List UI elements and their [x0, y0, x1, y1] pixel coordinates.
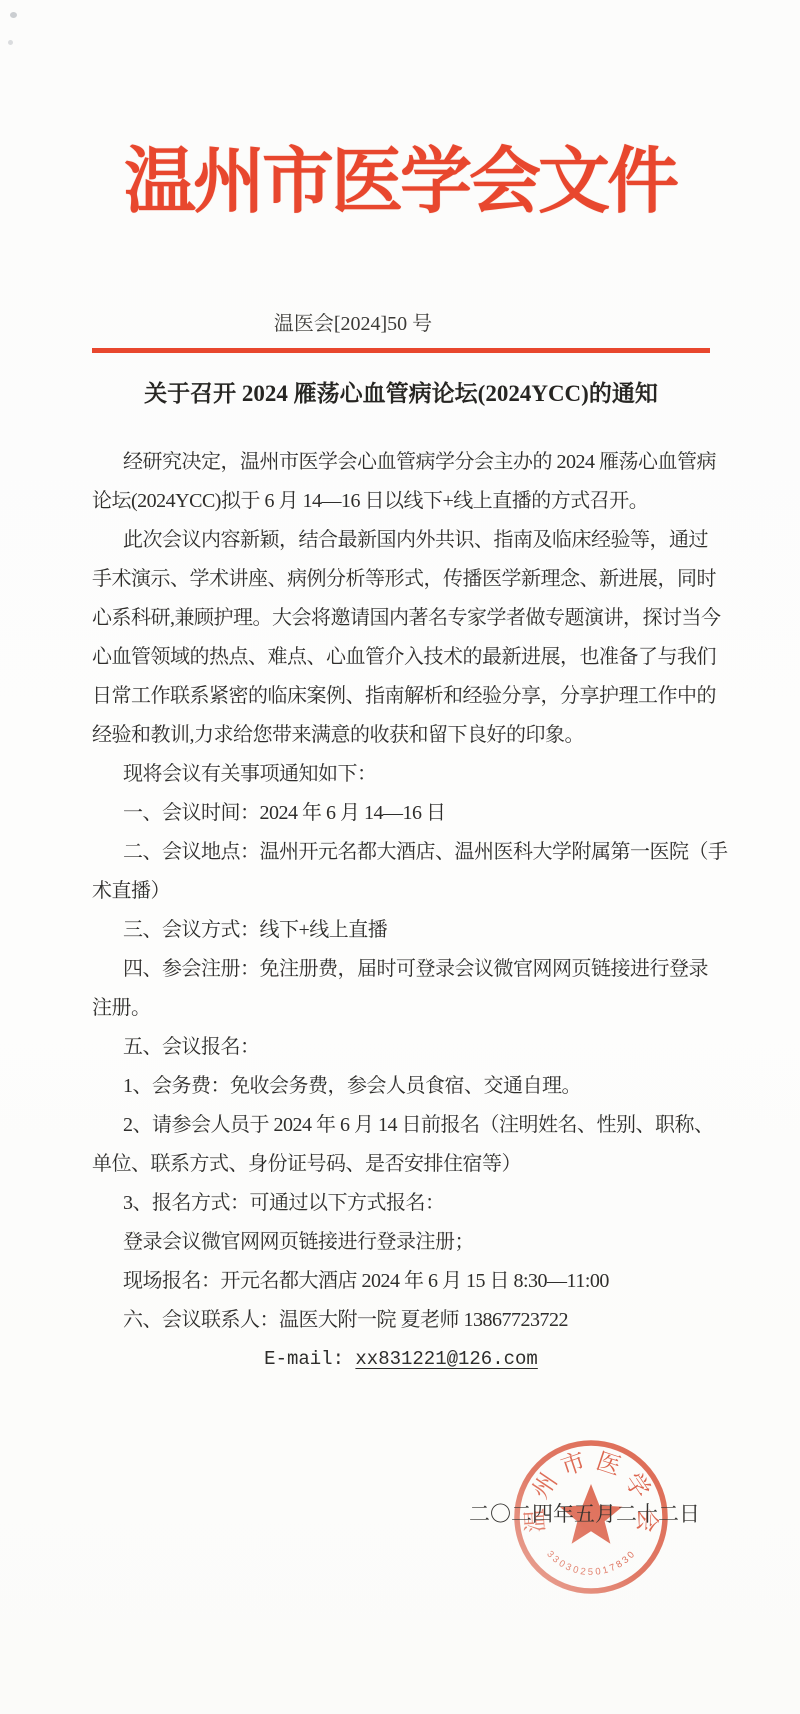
svg-text:3303025017830: 3303025017830 [544, 1549, 637, 1578]
body-line: 四、参会注册：免注册费，届时可登录会议微官网网页链接进行登录 [92, 950, 710, 989]
body-line: 三、会议方式：线下+线上直播 [92, 911, 710, 950]
body-line: 论坛(2024YCC)拟于 6 月 14—16 日以线下+线上直播的方式召开。 [92, 482, 710, 521]
body-line: 单位、联系方式、身份证号码、是否安排住宿等） [92, 1145, 710, 1184]
body-line: 经验和教训,力求给您带来满意的收获和留下良好的印象。 [92, 716, 710, 755]
body-line: 心系科研,兼顾护理。大会将邀请国内著名专家学者做专题演讲，探讨当今 [92, 599, 710, 638]
scan-speck [8, 40, 13, 45]
body-line: 一、会议时间：2024 年 6 月 14—16 日 [92, 794, 710, 833]
scan-speck [10, 12, 17, 18]
body-line: 1、会务费：免收会务费，参会人员食宿、交通自理。 [92, 1067, 710, 1106]
body-line: 现场报名：开元名都大酒店 2024 年 6 月 15 日 8:30—11:00 [92, 1262, 710, 1301]
body-line: 注册。 [92, 989, 710, 1028]
email-address: xx831221@126.com [355, 1348, 537, 1370]
body-line: 六、会议联系人：温医大附一院 夏老师 13867723722 [92, 1301, 710, 1340]
doc-body: 经研究决定，温州市医学会心血管病学分会主办的 2024 雁荡心血管病论坛(202… [92, 443, 710, 1379]
doc-date: 二〇二四年五月二十二日 [469, 1501, 700, 1528]
doc-title: 关于召开 2024 雁荡心血管病论坛(2024YCC)的通知 [92, 379, 710, 409]
body-line: 手术演示、学术讲座、病例分析等形式，传播医学新理念、新进展，同时 [92, 560, 710, 599]
body-line: 经研究决定，温州市医学会心血管病学分会主办的 2024 雁荡心血管病 [92, 443, 710, 482]
body-line: 此次会议内容新颖，结合最新国内外共识、指南及临床经验等，通过 [92, 521, 710, 560]
body-line: 日常工作联系紧密的临床案例、指南解析和经验分享，分享护理工作中的 [92, 677, 710, 716]
seal-serial-number: 3303025017830 [544, 1549, 637, 1578]
org-header-title: 温州市医学会文件 [0, 136, 800, 228]
body-line: 术直播） [92, 872, 710, 911]
body-line: 登录会议微官网网页链接进行登录注册； [92, 1223, 710, 1262]
body-line: 二、会议地点：温州开元名都大酒店、温州医科大学附属第一医院（手 [92, 833, 710, 872]
email-line: E-mail: xx831221@126.com [92, 1340, 710, 1379]
body-line: 心血管领域的热点、难点、心血管介入技术的最新进展，也准备了与我们 [92, 638, 710, 677]
body-line: 现将会议有关事项通知如下： [92, 755, 710, 794]
body-line: 五、会议报名： [92, 1028, 710, 1067]
body-line: 2、请参会人员于 2024 年 6 月 14 日前报名（注明姓名、性别、职称、 [92, 1106, 710, 1145]
email-label: E-mail: [264, 1348, 355, 1370]
doc-number: 温医会[2024]50 号 [0, 311, 753, 337]
body-line: 3、报名方式：可通过以下方式报名： [92, 1184, 710, 1223]
scanned-official-document: 温州市医学会文件 温医会[2024]50 号 关于召开 2024 雁荡心血管病论… [0, 0, 800, 1714]
red-separator-line [92, 348, 710, 353]
